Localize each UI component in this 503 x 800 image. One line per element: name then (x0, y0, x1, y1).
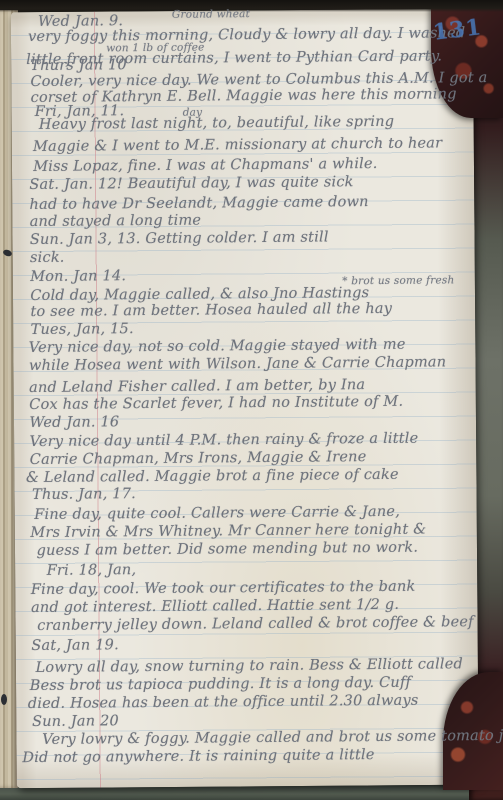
ink-mark (1, 694, 7, 705)
photo-top-shadow (0, 0, 503, 12)
diary-page (11, 9, 479, 789)
diary-photo: Wed Jan. 9.Ground wheatvery foggy this m… (0, 0, 503, 800)
